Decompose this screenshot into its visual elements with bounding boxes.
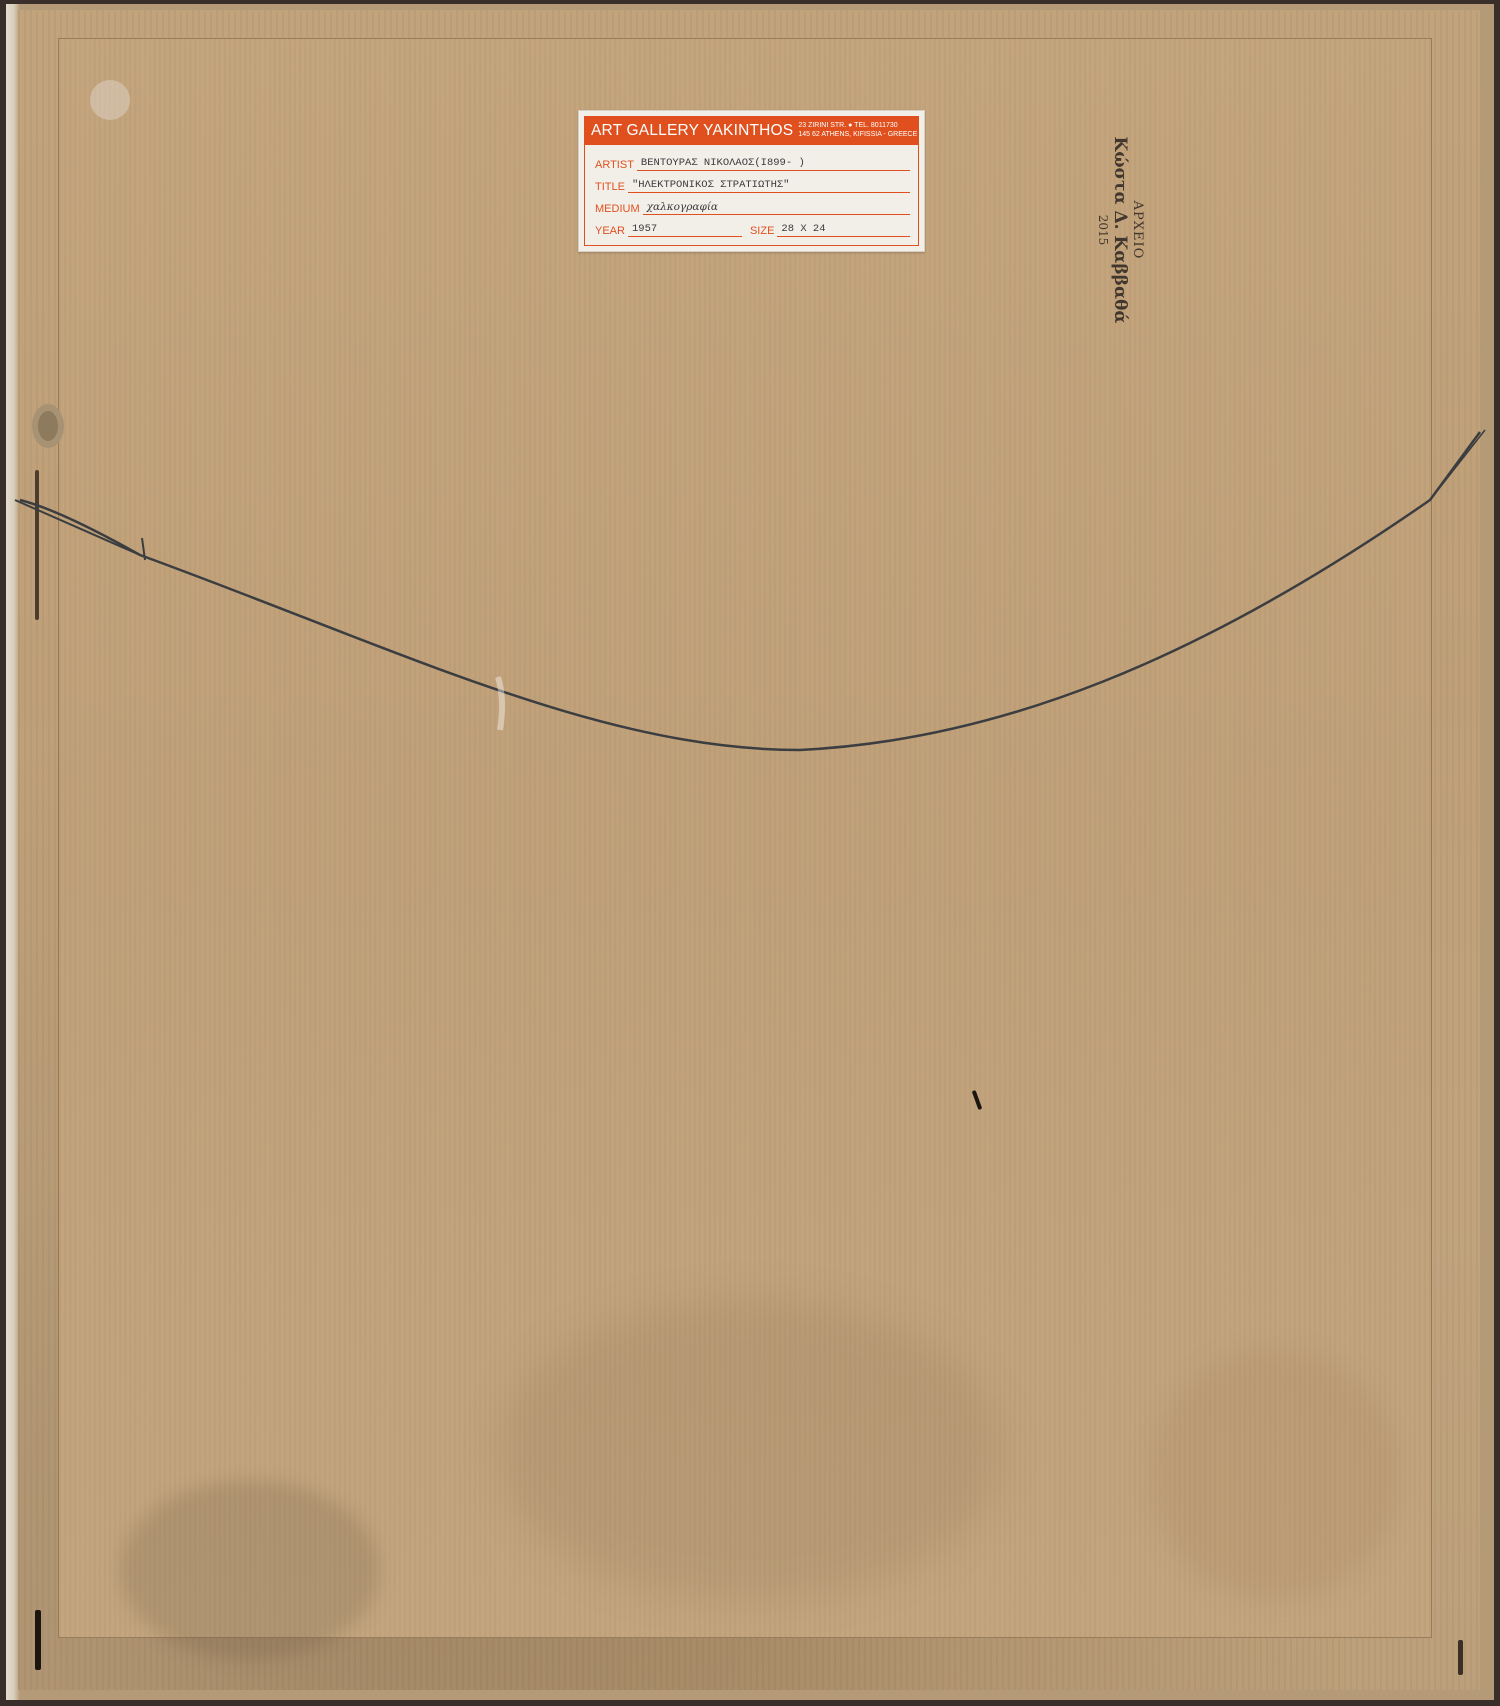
medium-value: χαλκογραφία: [643, 200, 910, 215]
backing-tear: [1458, 1640, 1463, 1675]
backing-board: [18, 10, 1480, 1690]
backing-slot: [35, 1610, 41, 1670]
artist-value: ΒΕΝΤΟΥΡΑΣ ΝΙΚΟΛΑΟΣ(Ι899- ): [637, 156, 910, 171]
gallery-address: 23 ZIRINI STR. ● TEL. 8011730 145 62 ATH…: [798, 122, 917, 139]
year-size-row: YEAR 1957 SIZE 28 X 24: [595, 217, 910, 237]
picture-frame: ART GALLERY YAKINTHOS 23 ZIRINI STR. ● T…: [0, 0, 1500, 1706]
year-label: YEAR: [595, 225, 625, 237]
address-line-2: 145 62 ATHENS, KIFISSIA - GREECE: [798, 131, 917, 140]
address-line-1: 23 ZIRINI STR. ● TEL. 8011730: [798, 122, 917, 131]
title-row: TITLE "ΗΛΕΚΤΡΟΝΙΚΟΣ ΣΤΡΑΤΙΩΤΗΣ": [595, 173, 910, 193]
medium-row: MEDIUM χαλκογραφία: [595, 195, 910, 215]
artist-row: ARTIST ΒΕΝΤΟΥΡΑΣ ΝΙΚΟΛΑΟΣ(Ι899- ): [595, 151, 910, 171]
title-label: TITLE: [595, 181, 625, 193]
artist-label: ARTIST: [595, 159, 634, 171]
backing-slot: [35, 470, 39, 620]
label-header: ART GALLERY YAKINTHOS 23 ZIRINI STR. ● T…: [584, 116, 919, 145]
size-label: SIZE: [750, 225, 774, 237]
kraft-paper-backing: [58, 38, 1432, 1638]
size-value: 28 X 24: [777, 222, 910, 237]
medium-label: MEDIUM: [595, 203, 640, 215]
gallery-label: ART GALLERY YAKINTHOS 23 ZIRINI STR. ● T…: [578, 110, 925, 252]
label-body: ARTIST ΒΕΝΤΟΥΡΑΣ ΝΙΚΟΛΑΟΣ(Ι899- ) TITLE …: [584, 145, 919, 246]
title-value: "ΗΛΕΚΤΡΟΝΙΚΟΣ ΣΤΡΑΤΙΩΤΗΣ": [628, 178, 910, 193]
year-value: 1957: [628, 222, 742, 237]
gallery-name: ART GALLERY YAKINTHOS: [591, 122, 793, 140]
